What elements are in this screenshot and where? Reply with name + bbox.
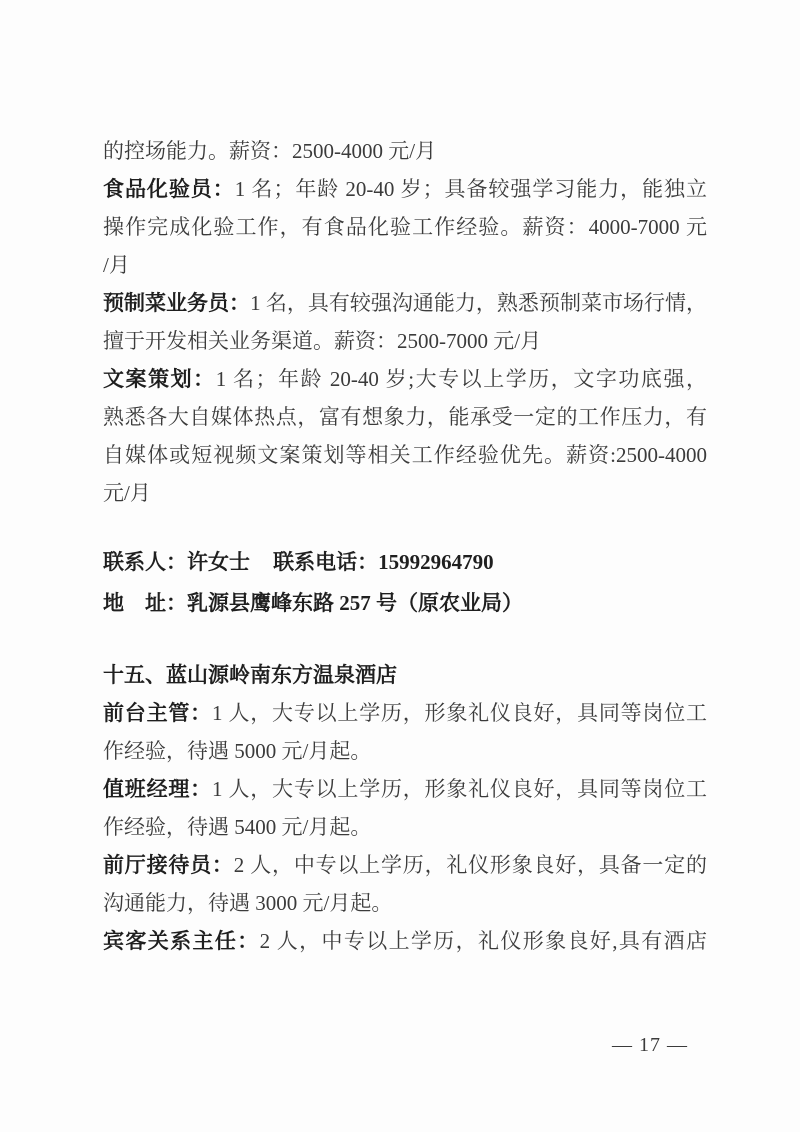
text-line: 预制菜业务员：1 名，具有较强沟通能力，熟悉预制菜市场行情， [103,284,707,322]
line-text: 作经验，待遇 5000 元/月起。 [103,739,371,763]
address-line: 地 址：乳源县鹰峰东路 257 号（原农业局） [103,583,707,624]
line-text: /月 [103,253,130,277]
text-line: 自媒体或短视频文案策划等相关工作经验优先。薪资:2500-4000 [103,436,707,474]
line-text: 熟悉各大自媒体热点，富有想象力，能承受一定的工作压力，有 [103,405,707,429]
line-text: 擅于开发相关业务渠道。薪资：2500-7000 元/月 [103,329,541,353]
text-line: 宾客关系主任：2 人，中专以上学历，礼仪形象良好,具有酒店 [103,922,707,960]
text-line: 擅于开发相关业务渠道。薪资：2500-7000 元/月 [103,322,707,360]
address-label: 地 址： [103,591,187,615]
line-text: 沟通能力，待遇 3000 元/月起。 [103,891,392,915]
contact-phone-value: 15992964790 [378,550,494,574]
line-text: 1 人，大专以上学历，形象礼仪良好，具同等岗位工 [212,777,707,801]
job-title-label: 前厅接待员： [103,853,234,877]
text-line: 食品化验员：1 名；年龄 20-40 岁；具备较强学习能力，能独立 [103,170,707,208]
line-text: 1 名；年龄 20-40 岁;大专以上学历，文字功底强， [216,367,707,391]
text-line: 前台主管：1 人，大专以上学历，形象礼仪良好，具同等岗位工 [103,694,707,732]
line-text: 1 名；年龄 20-40 岁；具备较强学习能力，能独立 [235,177,707,201]
text-line: 操作完成化验工作，有食品化验工作经验。薪资：4000-7000 元 [103,208,707,246]
address-value: 乳源县鹰峰东路 257 号（原农业局） [187,591,523,615]
page-content: 的控场能力。薪资：2500-4000 元/月 食品化验员：1 名；年龄 20-4… [103,132,707,960]
line-text: 1 人，大专以上学历，形象礼仪良好，具同等岗位工 [212,701,707,725]
hotel-section: 十五、蓝山源岭南东方温泉酒店 前台主管：1 人，大专以上学历，形象礼仪良好，具同… [103,656,707,960]
line-text: 1 名，具有较强沟通能力，熟悉预制菜市场行情， [250,291,707,315]
page-number: — 17 — [612,1034,688,1057]
contact-block: 联系人：许女士联系电话：15992964790 地 址：乳源县鹰峰东路 257 … [103,542,707,624]
text-line: 前厅接待员：2 人，中专以上学历，礼仪形象良好，具备一定的 [103,846,707,884]
job-title-label: 宾客关系主任： [103,929,260,953]
line-text: 作经验，待遇 5400 元/月起。 [103,815,371,839]
job-title-label: 文案策划： [103,367,216,391]
job-section: 的控场能力。薪资：2500-4000 元/月 食品化验员：1 名；年龄 20-4… [103,132,707,512]
text-line: 作经验，待遇 5400 元/月起。 [103,808,707,846]
job-title-label: 值班经理： [103,777,212,801]
line-text: 的控场能力。薪资：2500-4000 元/月 [103,139,436,163]
text-line: 沟通能力，待遇 3000 元/月起。 [103,884,707,922]
job-title-label: 预制菜业务员： [103,291,250,315]
line-text: 2 人，中专以上学历，礼仪形象良好，具备一定的 [234,853,707,877]
job-title-label: 食品化验员： [103,177,235,201]
document-page: 的控场能力。薪资：2500-4000 元/月 食品化验员：1 名；年龄 20-4… [0,0,800,1132]
line-text: 操作完成化验工作，有食品化验工作经验。薪资：4000-7000 元 [103,215,707,239]
section-heading: 十五、蓝山源岭南东方温泉酒店 [103,656,707,694]
contact-line: 联系人：许女士联系电话：15992964790 [103,542,707,583]
text-line: 熟悉各大自媒体热点，富有想象力，能承受一定的工作压力，有 [103,398,707,436]
job-title-label: 前台主管： [103,701,212,725]
text-line: 的控场能力。薪资：2500-4000 元/月 [103,132,707,170]
line-text: 2 人，中专以上学历，礼仪形象良好,具有酒店 [260,929,707,953]
contact-phone-label: 联系电话： [273,550,378,574]
text-line: 元/月 [103,474,707,512]
contact-person-label: 联系人： [103,550,187,574]
contact-person-value: 许女士 [187,550,250,574]
text-line: 作经验，待遇 5000 元/月起。 [103,732,707,770]
text-line: /月 [103,246,707,284]
line-text: 元/月 [103,481,151,505]
text-line: 值班经理：1 人，大专以上学历，形象礼仪良好，具同等岗位工 [103,770,707,808]
text-line: 文案策划：1 名；年龄 20-40 岁;大专以上学历，文字功底强， [103,360,707,398]
line-text: 自媒体或短视频文案策划等相关工作经验优先。薪资:2500-4000 [103,443,707,467]
